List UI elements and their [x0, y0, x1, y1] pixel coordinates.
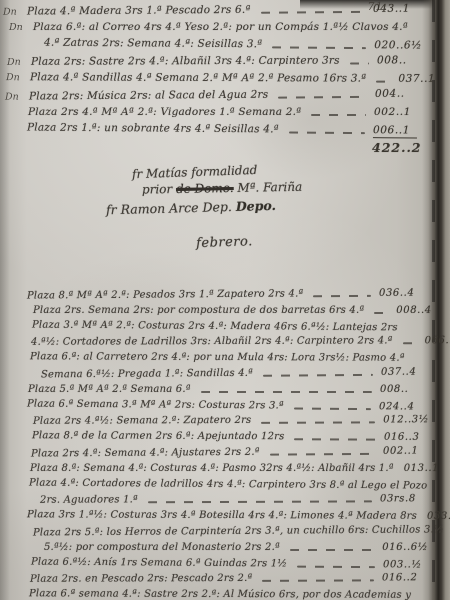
amount: 004..	[375, 88, 419, 100]
entry-text: Plaza 6.ª Semana 3.ª Mª Aª 2rs: Costuras…	[27, 398, 284, 411]
amount: 013..1	[404, 463, 448, 474]
ledger-row: 5.ª½: por compostura del Monasterio 2rs …	[16, 542, 436, 558]
entry-text: 2rs. Aguadores 1.ª	[40, 495, 138, 506]
dash-filler	[201, 391, 372, 393]
ledger-row: Plaza 2rs 1.ª: un sobrante 4rs 4.ª Seisi…	[11, 121, 431, 141]
entry-text: Plaza 4.ª: Cortadores de ladrillos 4rs 4…	[29, 477, 427, 491]
amount: 036..4	[379, 287, 423, 298]
amount: 008..	[377, 54, 421, 66]
dash-filler	[311, 114, 366, 116]
dash-filler	[261, 10, 365, 13]
dash-filler	[403, 343, 417, 345]
dash-filler	[294, 438, 376, 440]
entry-text: Plaza 3.ª Mª Aª 2.ª: Costuras 2rs 4.ª: M…	[32, 319, 398, 333]
margin-mark: Dn	[3, 7, 17, 18]
dash-filler	[289, 131, 365, 134]
signature-text: prior	[142, 182, 176, 197]
dash-filler	[262, 580, 374, 582]
struck-text: de Domo.	[176, 181, 234, 196]
dash-filler	[294, 407, 371, 410]
entry-text: Plaza 2rs 4.ª Mª Aª 2.ª: Vigadores 1.ª S…	[28, 106, 301, 118]
margin-mark: Dn	[6, 72, 20, 83]
amount: 016..2	[382, 573, 426, 584]
amount: 020..6½	[374, 39, 422, 51]
amount: 037..1	[398, 73, 442, 85]
ledger-row: Plaza 6.ª semana 4.ª: Sastre 2rs 2.ª: Al…	[13, 588, 433, 600]
margin-mark: Dn	[9, 22, 23, 33]
amount: 016..6½	[382, 542, 428, 553]
amount: 012..3½	[383, 415, 429, 426]
entry-text: 4.ª Zatras 2rs: Semana 4.ª: Seisillas 3.…	[44, 37, 262, 51]
ledger-row: Plaza 2rs 4.ª Mª Aª 2.ª: Vigadores 1.ª S…	[12, 106, 432, 123]
signature-text: fr Ramon Arce Dep.	[106, 199, 236, 217]
margin-mark: Dn	[7, 57, 21, 68]
amount: 006..1	[373, 124, 417, 138]
amount: 037..4	[381, 366, 425, 377]
dash-filler	[313, 295, 371, 297]
ledger-row: DnPlaza 4.ª Madera 3rs 1.ª Pescado 2rs 6…	[11, 2, 431, 22]
amount: 008..4	[396, 305, 440, 316]
entry-text: 5.ª½: por compostura del Monasterio 2rs …	[44, 542, 280, 553]
ledger-row: DnPlaza 2rs: Música 2rs: al Saca del Agu…	[13, 87, 433, 107]
dash-filler	[270, 453, 375, 456]
ledger-content: DnPlaza 4.ª Madera 3rs 1.ª Pescado 2rs 6…	[14, 4, 434, 600]
dash-filler	[272, 46, 366, 49]
dash-filler	[148, 501, 372, 504]
ledger-row: Plaza 2rs 4.ª½: Semana 2.ª: Zapatero 2rs…	[17, 415, 437, 432]
entry-text: Plaza 8.ª: Semana 4.ª: Costuras 4.ª: Pas…	[30, 463, 394, 474]
entry-text: Plaza 4.ª Sandillas 4.ª Semana 2.ª Mª Aª…	[30, 71, 366, 84]
signature-text: Depo.	[236, 198, 276, 214]
ledger-row: Plaza 5.ª Mª Aª 2.ª Semana 6.ª008..	[12, 384, 432, 400]
margin-mark: Dn	[5, 92, 19, 103]
entry-text: Plaza 3rs 1.ª½: Costuras 3rs 4.ª Botesil…	[27, 509, 417, 521]
entry-text: Semana 6.ª½: Pregada 1.ª: Sandillas 4.ª	[41, 368, 253, 381]
entry-text: Plaza 2rs. Semana 2rs: por compostura de…	[33, 305, 364, 316]
dash-filler	[278, 95, 367, 98]
entry-text: Plaza 2rs: Música 2rs: al Saca del Agua …	[29, 89, 268, 103]
amount: 002..1	[374, 106, 418, 118]
amount: 016..3	[384, 432, 428, 443]
ledger-row: DnPlaza 2rs: Sastre 2rs 4.ª: Albañil 3rs…	[15, 54, 435, 73]
ledger-row: Plaza 2rs 4.ª: Semana 4.ª: Ajustares 2rs…	[15, 445, 435, 464]
entry-text: Plaza 6.ª½: Anís 1rs Semana 6.ª Guindas …	[31, 556, 287, 569]
signature-block: fr Matías formalidadprior de Domo. Mª. F…	[14, 162, 434, 216]
amount: 003..½	[383, 559, 427, 570]
month-header: febrero.	[196, 228, 434, 251]
amount: 03rs.8	[380, 494, 424, 505]
ledger-row: DnPlaza 6.ª: al Correo 4rs 4.ª Yeso 2.ª:…	[17, 21, 437, 38]
entry-text: Plaza 4.ª Madera 3rs 1.ª Pescado 2rs 6.ª	[27, 4, 251, 18]
ledger-row: Plaza 8.ª Mª Aª 2.ª: Pesados 3rs 1.ª Zap…	[11, 287, 431, 306]
entry-text: Plaza 2rs. en Pescado 2rs: Pescado 2rs 2…	[30, 573, 252, 585]
amount: 008..	[380, 384, 424, 395]
ledger-row: 4.ª½: Cortadores de Ladrillos 3rs: Albañ…	[15, 336, 435, 353]
entry-text: Plaza 2rs 5.ª: los Herros de Carpintería…	[33, 524, 444, 538]
signature-text: fr Matías formalidad	[132, 163, 258, 181]
ledger-row: Plaza 2rs. en Pescado 2rs: Pescado 2rs 2…	[14, 573, 434, 590]
amount: 033..6½	[427, 511, 450, 522]
manuscript-page: 71. DnPlaza 4.ª Madera 3rs 1.ª Pescado 2…	[0, 0, 450, 600]
ledger-row: 2rs. Aguadores 1.ª03rs.8	[12, 494, 432, 511]
carryover-entries: DnPlaza 4.ª Madera 3rs 1.ª Pescado 2rs 6…	[14, 4, 434, 140]
ledger-row: Plaza 2rs. Semana 2rs: por compostura de…	[17, 305, 437, 321]
february-entries: Plaza 8.ª Mª Aª 2.ª: Pesados 3rs 1.ª Zap…	[14, 289, 434, 600]
binding-shadow-left	[0, 0, 10, 600]
entry-text: Plaza 2rs 1.ª: un sobrante 4rs 4.ª Seisi…	[27, 121, 279, 135]
entry-text: Plaza 6.ª: al Correo 4rs 4.ª Yeso 2.ª: p…	[33, 21, 408, 33]
entry-text: Plaza 6.ª semana 4.ª: Sastre 2rs 2.ª: Al…	[29, 588, 411, 600]
dash-filler	[261, 422, 375, 424]
ledger-row: Plaza 8.ª: Semana 4.ª: Costuras 4.ª: Pas…	[14, 463, 434, 479]
dash-filler	[374, 312, 388, 314]
dash-filler	[263, 374, 373, 377]
amount: 066..4	[425, 335, 450, 346]
total-amount: 422..2	[372, 140, 424, 155]
entry-text: Plaza 2rs 4.ª: Semana 4.ª: Ajustares 2rs…	[31, 447, 260, 460]
entry-text: Plaza 8.ª Mª Aª 2.ª: Pesados 3rs 1.ª Zap…	[27, 288, 303, 301]
amount: 024..4	[379, 401, 423, 412]
entry-text: Plaza 6.ª: al Carretero 2rs 4.ª: por una…	[30, 351, 405, 363]
total-row: 422..2	[14, 140, 434, 158]
signature-text: Mª. Fariña	[234, 180, 303, 195]
amount: 002..1	[383, 445, 427, 456]
entry-text: Plaza 2rs 4.ª½: Semana 2.ª: Zapatero 2rs	[33, 415, 251, 427]
entry-text: Plaza 2rs: Sastre 2rs 4.ª: Albañil 3rs 4…	[31, 55, 340, 68]
dash-filler	[376, 80, 390, 82]
entry-text: 4.ª½: Cortadores de Ladrillos 3rs: Albañ…	[31, 336, 393, 348]
amount: 043..1	[373, 3, 417, 15]
entry-text: Plaza 5.ª Mª Aª 2.ª Semana 6.ª	[28, 384, 191, 395]
dash-filler	[290, 549, 374, 551]
dash-filler	[350, 62, 369, 64]
ledger-row: Semana 6.ª½: Pregada 1.ª: Sandillas 4.ª0…	[13, 366, 433, 385]
dash-filler	[297, 565, 375, 568]
ledger-row: Plaza 2rs 5.ª: los Herros de Carpintería…	[17, 524, 437, 543]
entry-text: Plaza 8.ª de la Carmen 2rs 6.ª: Apejunta…	[32, 430, 284, 442]
